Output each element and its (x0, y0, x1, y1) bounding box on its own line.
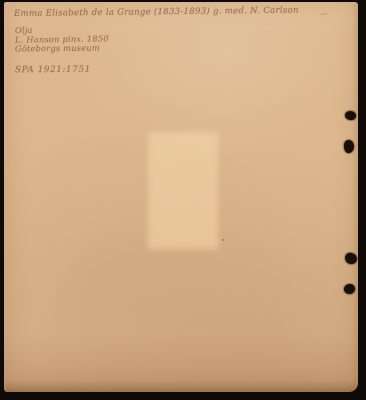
paper-speck (222, 239, 224, 241)
handwritten-title: Emma Elisabeth de la Grange (1833-1893) … (14, 7, 299, 19)
catalog-number: SPA 1921:1751 (15, 66, 91, 75)
medium-note: Olja (15, 26, 33, 35)
paper-card: Emma Elisabeth de la Grange (1833-1893) … (4, 2, 358, 392)
collection-note: Göteborgs museum (15, 44, 100, 53)
paper-smudge (320, 12, 328, 15)
scanned-archive-card: Emma Elisabeth de la Grange (1833-1893) … (0, 0, 366, 400)
photo-ghost-area (148, 132, 218, 249)
